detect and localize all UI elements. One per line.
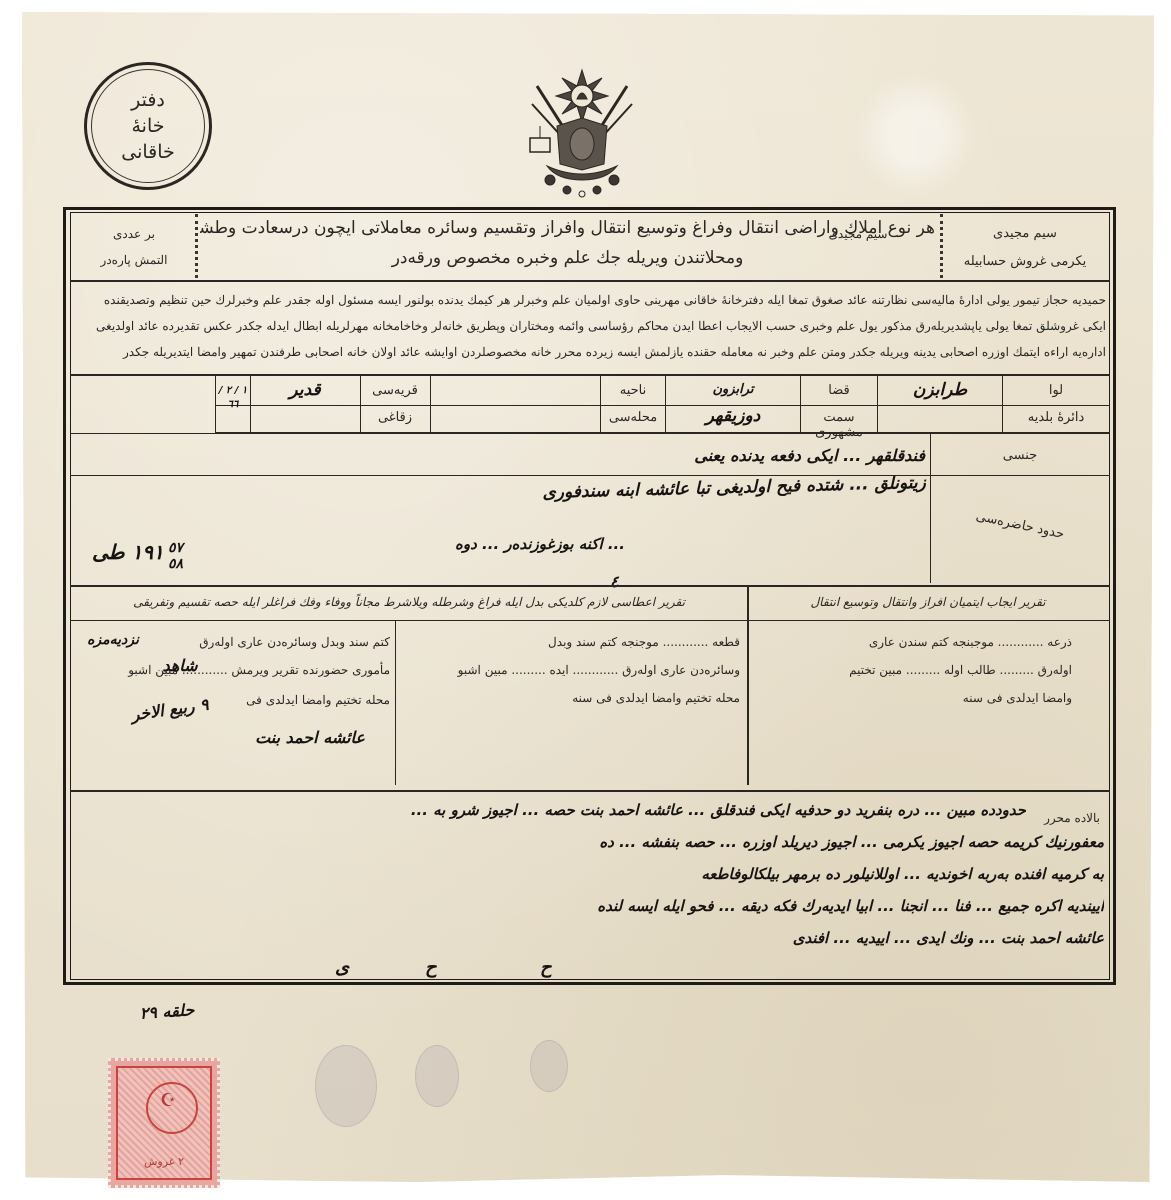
bottom-mark-3: ح <box>540 958 552 978</box>
currency-label-2: یکرمی غروش حسابیله <box>940 252 1110 272</box>
count-label: بر عددی <box>75 224 193 244</box>
grid-col <box>665 376 666 432</box>
left-line-2: مأموری حضورنده تقریر ویرمش ............ … <box>80 660 390 680</box>
bottom-mark-1: ی <box>335 958 349 978</box>
seal-line-1: دفتر <box>131 87 165 113</box>
para-label: التمش پاره‌در <box>75 250 193 270</box>
karye-value: قدیر <box>252 380 358 400</box>
faint-seal <box>530 1040 568 1092</box>
date-fragment: ١٩١ طی <box>92 542 164 562</box>
right-section-heading: تقریر ایجاب ایتمیان افراز وانتقال وتوسیع… <box>750 592 1106 612</box>
cinsi-value: فندقلقهر ... ایکی دفعه یدنده یعنی <box>330 446 925 466</box>
zukak-label: زقاغی <box>362 410 428 425</box>
hudud-line-2: ... اکنه بوزغوزنده‌ر ... دوه <box>260 534 820 554</box>
grid-col <box>600 376 601 432</box>
page-mark: ٤ <box>610 572 619 592</box>
left-line-1: کتم سند وبدل وسائره‌دن عاری اوله‌رق <box>140 632 390 652</box>
kaza-label: قضا <box>802 383 876 398</box>
subsection-divider <box>395 620 396 785</box>
label-col-divider <box>930 433 931 583</box>
cinsi-label: جنسی <box>932 448 1108 463</box>
divider <box>70 585 1110 587</box>
footer-line-1: حدودده مبین ... دره بنفرید دو حدفیه ایکی… <box>76 800 1026 820</box>
divider <box>70 433 1110 434</box>
form-title-line2: ومحلاتندن ویریله جك علم وخبره مخصوص ورقه… <box>200 248 935 268</box>
belediye-label: دائرهٔ بلدیه <box>1004 410 1108 425</box>
liva-label: لوا <box>1004 383 1108 398</box>
grid-row-divider <box>215 405 1110 406</box>
left-line-1-fill: نزدیه‌مزه <box>78 630 148 650</box>
karye-label: قریه‌سی <box>362 383 428 398</box>
header-separator-left <box>195 214 198 278</box>
divider <box>70 475 1110 476</box>
coat-of-arms-icon <box>512 66 652 198</box>
footer-printed-prefix: بالاده محرر <box>1030 808 1100 828</box>
nahiye-value: ترابزون <box>668 380 798 400</box>
mahalle-label: محله‌سی <box>602 410 664 425</box>
footer-line-5: عائشه احمد بنت ... ونك ایدی ... اییدیه .… <box>260 928 1104 948</box>
right-line-2: اوله‌رق ......... طالب اوله ......... مب… <box>752 660 1072 680</box>
footer-line-4: اییندیه اکره جمیع ... فنا ... انجنا ... … <box>76 896 1104 916</box>
mahalle-value: دوزیقهر <box>668 406 798 426</box>
footer-line-3: به کرمیه افنده به‌ربه اخوندیه ... اوللان… <box>76 864 1104 884</box>
numerals-1: ٥٧ <box>168 540 183 556</box>
signature: عائشه احمد بنت <box>230 728 390 748</box>
notice-line-1: حمیدیه حجاز تیمور یولی ادارهٔ مالیه‌سی ن… <box>76 290 1106 310</box>
left-line-2-fill: شاهد <box>140 656 220 676</box>
grid-col <box>800 376 801 432</box>
section-divider <box>747 585 749 785</box>
defterhane-seal: دفتر خانهٔ خاقانی <box>84 62 212 190</box>
grid-col <box>250 376 251 432</box>
currency-label: سیم مجیدی <box>940 224 1110 244</box>
left-section-heading: تقریر اعطاسی لازم کلدیکی بدل ایله فراغ و… <box>74 592 744 612</box>
notice-line-2: ایکی غروشلق تمغا یولی یاپشدیریله‌رق مذکو… <box>76 316 1106 336</box>
notice-line-3: اداره‌یه اراءه ایتمك اوزره اصحابی یدینه … <box>76 342 1106 362</box>
grid-col <box>360 376 361 432</box>
seal-line-2: خانهٔ <box>132 113 165 139</box>
numerals-2: ٥٨ <box>168 556 183 572</box>
nahiye-label: ناحیه <box>602 383 664 398</box>
revenue-stamp: ☪ ٢ غروش <box>108 1058 220 1188</box>
seal-line-3: خاقانی <box>121 139 175 165</box>
form-title-line1: هر نوع املاك واراضی انتقال وفراغ وتوسیع … <box>200 218 935 238</box>
grid-col <box>877 376 878 432</box>
right-line-1: ذرعه ............ موجبنجه کتم سندن عاری <box>752 632 1072 652</box>
right-line-3: وامضا ایدلدی فی سنه <box>752 688 1072 708</box>
bottom-mark-2: ح <box>425 958 437 978</box>
mid-line-2: وسائره‌دن عاری اوله‌رق ............ ایده… <box>400 660 740 680</box>
divider <box>70 374 1110 376</box>
mid-line-3: محله تختیم وامضا ایدلدی فی سنه <box>400 688 740 708</box>
footer-line-2: معفورنیك کریمه حصه اجیوز یکرمی ... اجیوز… <box>76 832 1104 852</box>
mid-line-1: قطعه ............ موجنجه کتم سند وبدل <box>400 632 740 652</box>
tughra-icon: ☪ <box>160 1090 176 1111</box>
divider <box>70 790 1110 792</box>
grid-col <box>430 376 431 432</box>
divider <box>70 280 1110 282</box>
embossed-seal <box>850 75 980 195</box>
stamp-value: ٢ غروش <box>118 1155 210 1168</box>
faint-seal <box>315 1045 377 1127</box>
liva-value: طرابزن <box>880 380 1000 400</box>
grid-col <box>1002 376 1003 432</box>
faint-seal <box>415 1045 459 1107</box>
parcel-numbers: ١ / ٢ / ٦٦ <box>216 384 250 412</box>
semt-label: سمت مشهوری <box>802 410 876 440</box>
divider <box>70 620 1110 621</box>
